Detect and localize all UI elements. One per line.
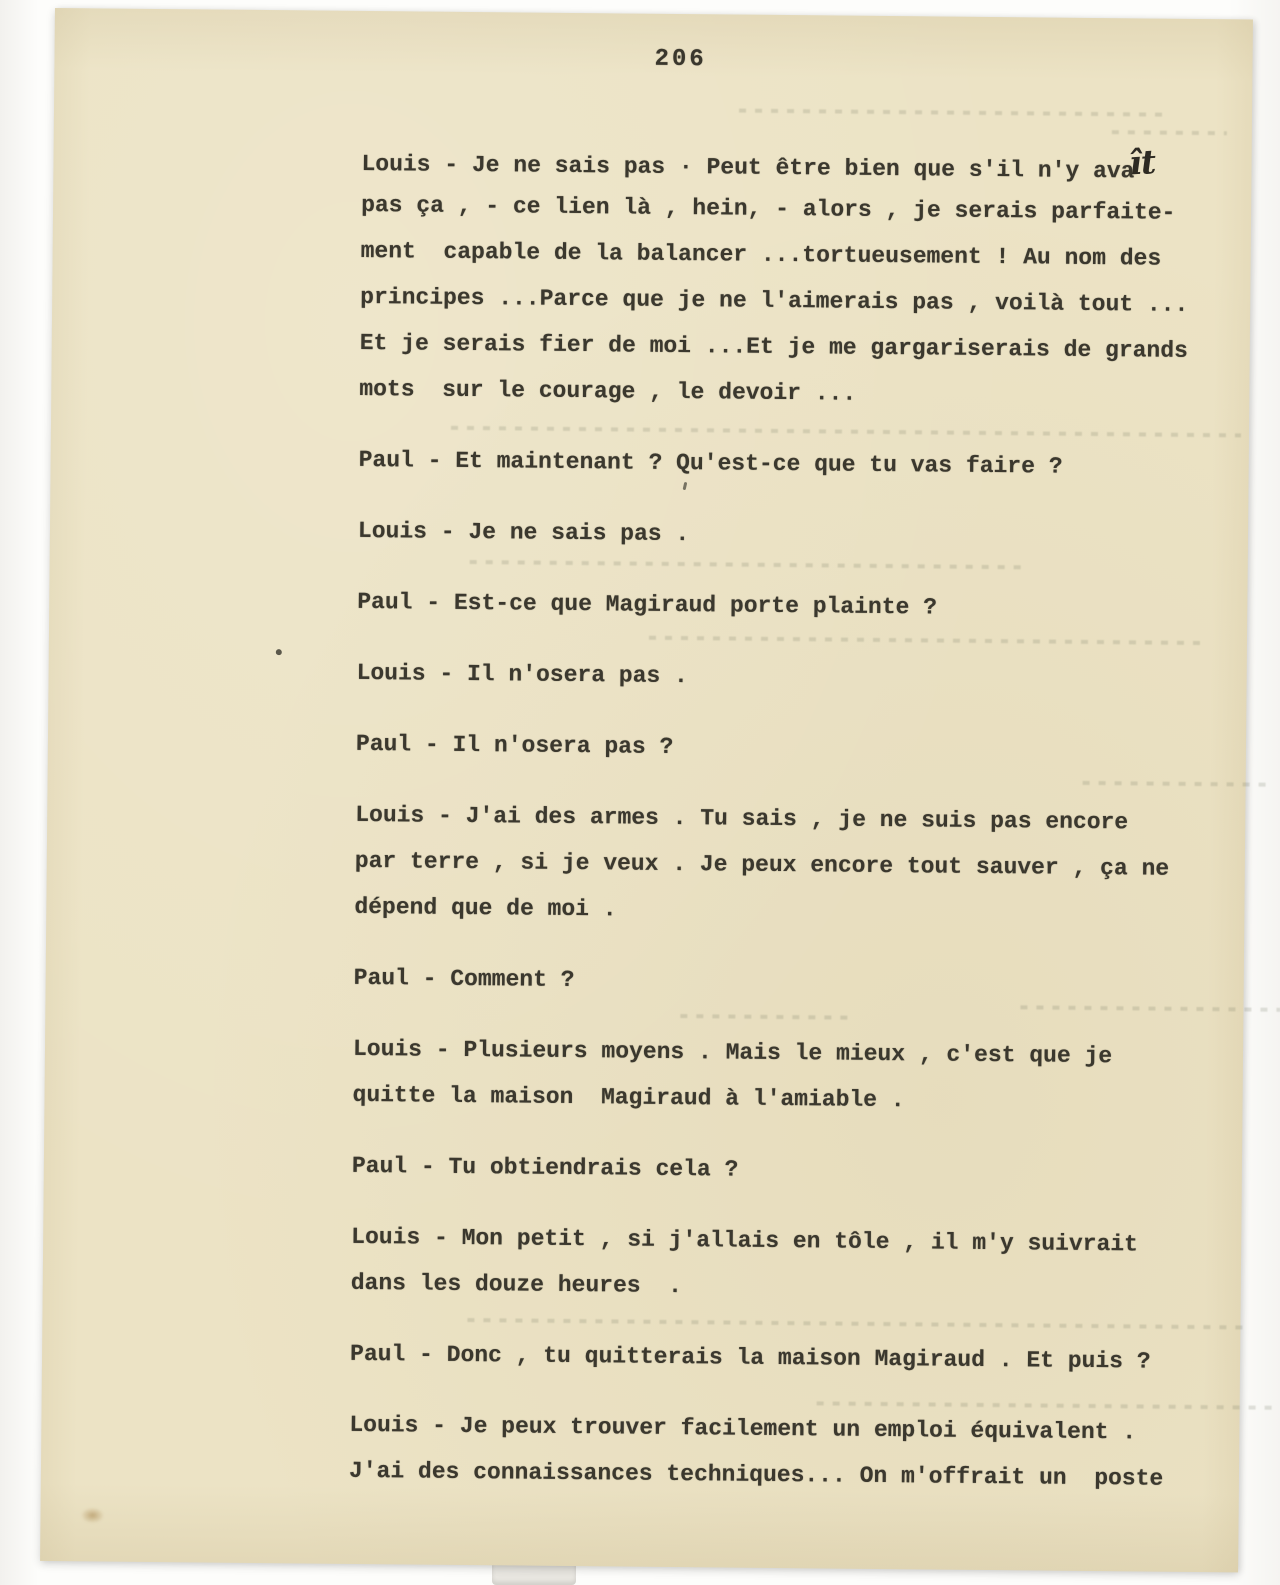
paper-stain: [80, 1507, 104, 1523]
typed-text: Louis - Je ne sais pas · Peut être bien …: [361, 151, 1134, 184]
dialogue-line: mots sur le courage , le devoir ...: [359, 366, 1249, 421]
dialogue-paragraph: Louis - J'ai des armes . Tu sais , je ne…: [354, 792, 1245, 939]
page-number: 206: [654, 46, 706, 74]
typewritten-text: Louis - Je ne sais pas · Peut être bien …: [349, 136, 1252, 1527]
dialogue-line: J'ai des connaissances techniques... On …: [349, 1448, 1239, 1503]
dialogue-line: Louis - Il n'osera pas .: [356, 650, 1246, 705]
dialogue-line: Paul - Comment ?: [353, 955, 1243, 1010]
dialogue-paragraph: Paul - Et maintenant ? Qu'est-ce que tu …: [358, 437, 1248, 492]
dialogue-paragraph: Paul - Tu obtiendrais cela ?: [352, 1143, 1242, 1198]
dialogue-paragraph: Paul - Est-ce que Magiraud porte plainte…: [357, 579, 1247, 634]
dialogue-paragraph: Paul - Il n'osera pas ?: [356, 721, 1246, 776]
dialogue-line: quitte la maison Magiraud à l'amiable .: [352, 1072, 1242, 1127]
dialogue-paragraph: Louis - Je peux trouver facilement un em…: [349, 1402, 1240, 1503]
dialogue-paragraph: Louis - Je ne sais pas · Peut être bien …: [359, 136, 1252, 421]
dialogue-line: Paul - Est-ce que Magiraud porte plainte…: [357, 579, 1247, 634]
dialogue-line: dépend que de moi .: [354, 884, 1244, 939]
dialogue-line: dans les douze heures .: [351, 1260, 1241, 1315]
dialogue-line: Louis - Je ne sais pas .: [358, 508, 1248, 563]
dialogue-paragraph: Louis - Je ne sais pas .: [358, 508, 1248, 563]
dialogue-line: Paul - Il n'osera pas ?: [356, 721, 1246, 776]
dialogue-paragraph: Louis - Plusieurs moyens . Mais le mieux…: [352, 1026, 1243, 1127]
handwritten-correction: ît: [1128, 139, 1157, 186]
bleed-through-mark: [739, 109, 1169, 117]
dialogue-line: Paul - Et maintenant ? Qu'est-ce que tu …: [358, 437, 1248, 492]
dialogue-paragraph: Louis - Il n'osera pas .: [356, 650, 1246, 705]
dialogue-line: Paul - Tu obtiendrais cela ?: [352, 1143, 1242, 1198]
document-page: 206 Louis - Je ne sais pas · Peut être b…: [40, 8, 1253, 1572]
dialogue-paragraph: Paul - Comment ?: [353, 955, 1243, 1010]
bleed-through-mark: [1112, 130, 1227, 135]
dialogue-paragraph: Paul - Donc , tu quitterais la maison Ma…: [350, 1331, 1240, 1386]
dialogue-line: Paul - Donc , tu quitterais la maison Ma…: [350, 1331, 1240, 1386]
dialogue-paragraph: Louis - Mon petit , si j'allais en tôle …: [351, 1214, 1242, 1315]
margin-ink-dot: [276, 649, 282, 655]
